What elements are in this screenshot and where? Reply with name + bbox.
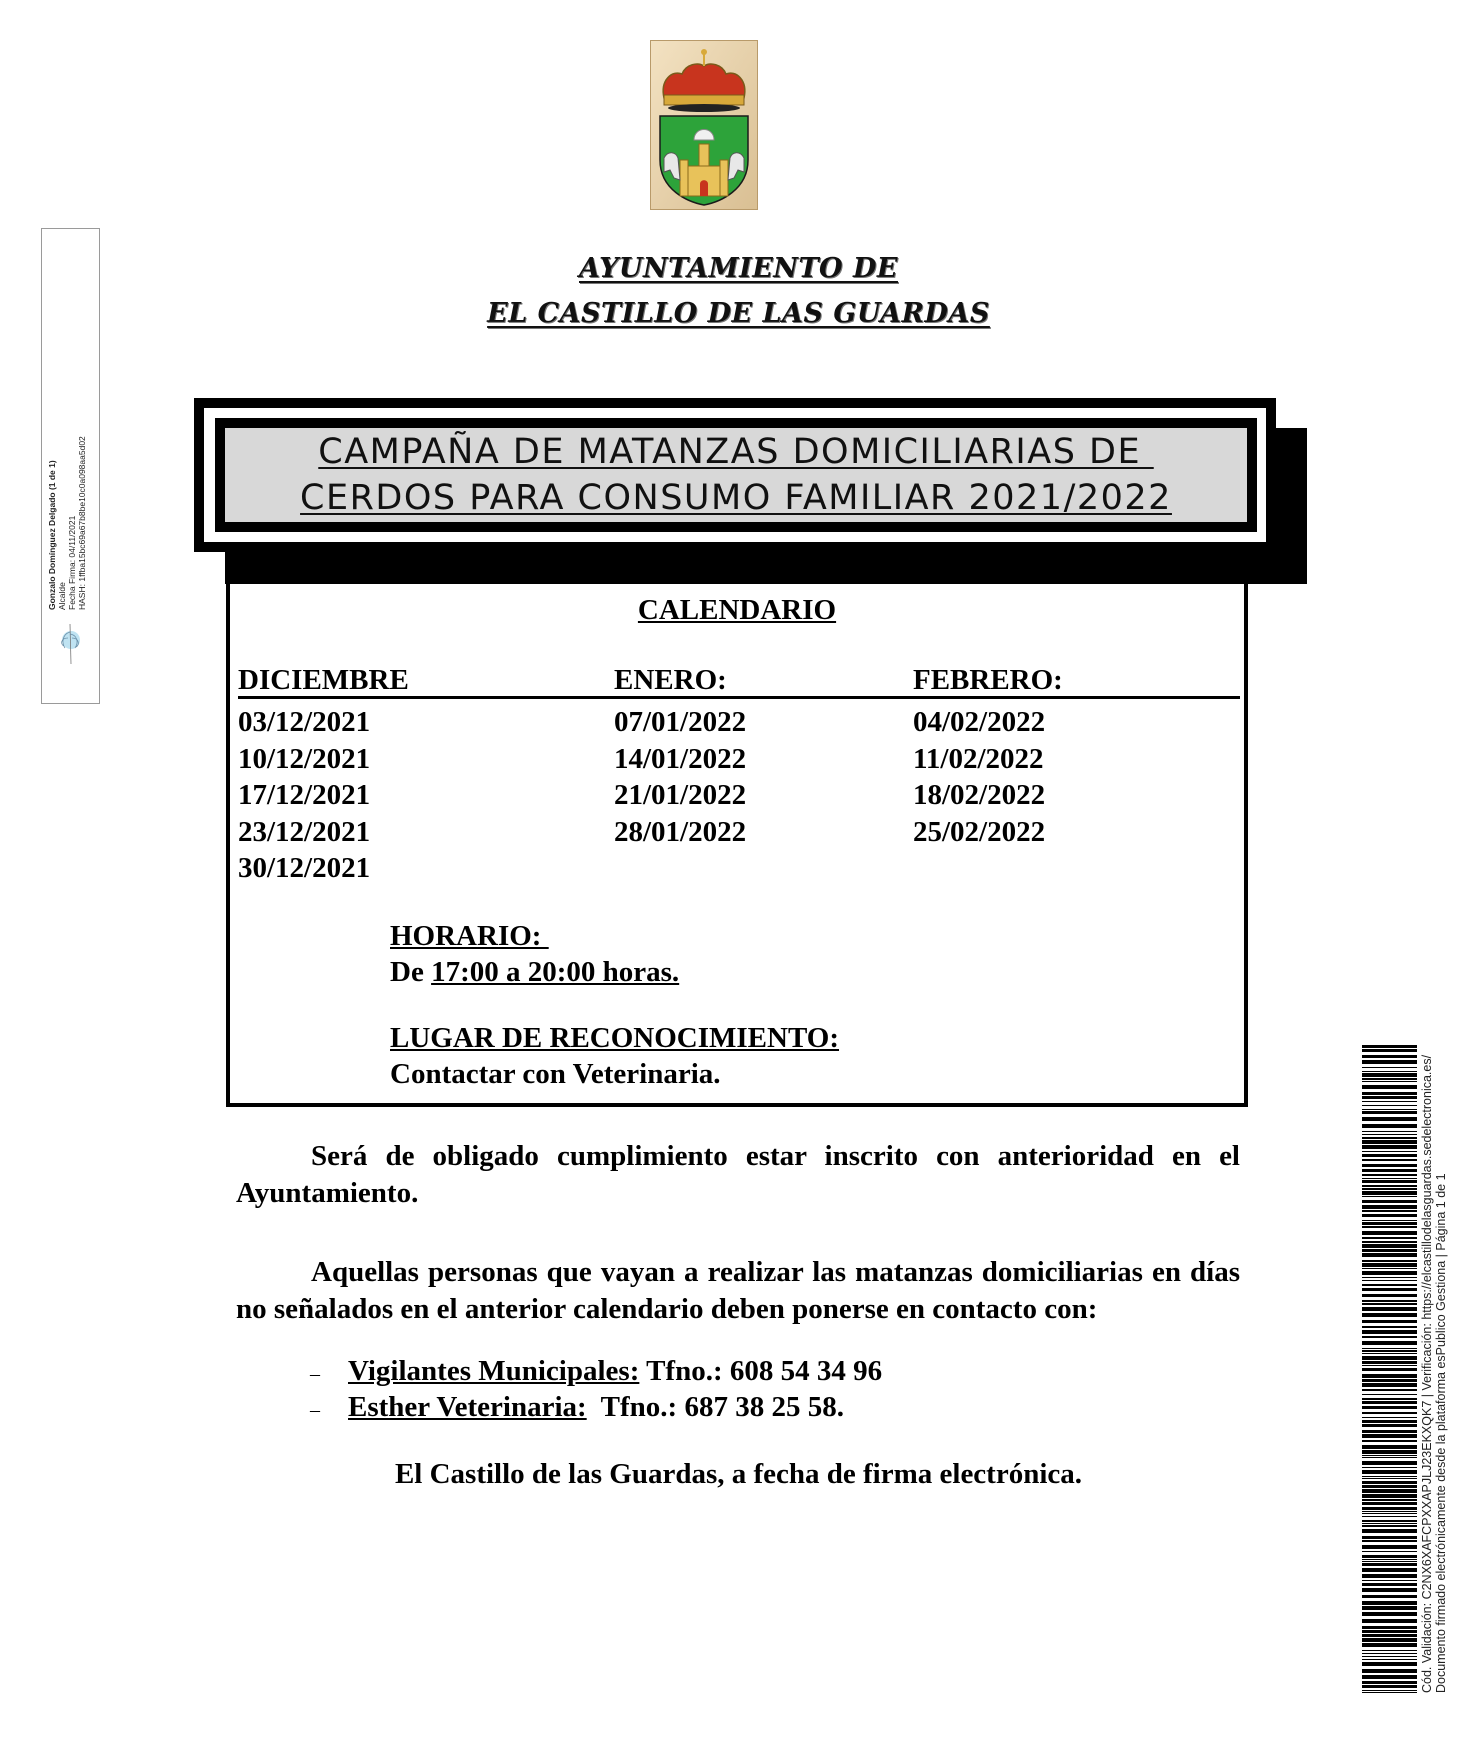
- contact-name: Esther Veterinaria:: [348, 1391, 587, 1423]
- coat-of-arms-icon: [650, 40, 758, 210]
- organization-name-line1: AYUNTAMIENTO DE: [0, 253, 1477, 284]
- date-item: 17/12/2021: [238, 777, 370, 814]
- place-section: LUGAR DE RECONOCIMIENTO: Contactar con V…: [390, 1020, 839, 1092]
- contact-item: –Vigilantes Municipales: Tfno.: 608 54 3…: [310, 1353, 882, 1392]
- banner-title-line1: CAMPAÑA DE MATANZAS DOMICILIARIAS DE: [318, 429, 1153, 475]
- date-item: 07/01/2022: [614, 704, 746, 741]
- contact-phone: Tfno.: 608 54 34 96: [639, 1355, 882, 1387]
- signer-role: Alcalde: [57, 310, 67, 610]
- place-label: LUGAR DE RECONOCIMIENTO:: [390, 1020, 839, 1056]
- calendar-box: CALENDARIO DICIEMBRE ENERO: FEBRERO: 03/…: [226, 584, 1248, 1107]
- date-item: 04/02/2022: [913, 704, 1045, 741]
- schedule-value: De 17:00 a 20:00 horas.: [390, 954, 679, 990]
- january-dates: 07/01/2022 14/01/2022 21/01/2022 28/01/2…: [614, 704, 746, 850]
- date-item: 11/02/2022: [913, 741, 1045, 778]
- signature-seal-icon: [55, 620, 85, 668]
- schedule-section: HORARIO: De 17:00 a 20:00 horas.: [390, 918, 679, 990]
- contact-item: –Esther Veterinaria: Tfno.: 687 38 25 58…: [310, 1389, 844, 1428]
- month-header-january: ENERO:: [614, 664, 727, 696]
- contact-name: Vigilantes Municipales:: [348, 1355, 639, 1387]
- date-item: 10/12/2021: [238, 741, 370, 778]
- platform-note: Documento firmado electrónicamente desde…: [1434, 1055, 1448, 1693]
- date-item: 14/01/2022: [614, 741, 746, 778]
- closing-line: El Castillo de las Guardas, a fecha de f…: [0, 1458, 1477, 1491]
- signature-details: Gonzalo Domínguez Delgado (1 de 1) Alcal…: [47, 310, 87, 610]
- contact-notice: Aquellas personas que vayan a realizar l…: [236, 1254, 1240, 1328]
- validation-code: Cód. Validación: C2NX6XAFCPXXAPJLJ23EKXQ…: [1420, 1055, 1434, 1693]
- december-dates: 03/12/2021 10/12/2021 17/12/2021 23/12/2…: [238, 704, 370, 887]
- date-item: 23/12/2021: [238, 814, 370, 851]
- calendar-header-row: DICIEMBRE ENERO: FEBRERO:: [238, 664, 1240, 699]
- calendar-title: CALENDARIO: [230, 594, 1244, 627]
- organization-name-line2: EL CASTILLO DE LAS GUARDAS: [0, 298, 1477, 329]
- signature-hash: HASH: 1ffba15bc69a67b8be10c0a098aa5d02: [77, 310, 87, 610]
- date-item: 21/01/2022: [614, 777, 746, 814]
- date-item: 18/02/2022: [913, 777, 1045, 814]
- february-dates: 04/02/2022 11/02/2022 18/02/2022 25/02/2…: [913, 704, 1045, 850]
- month-header-february: FEBRERO:: [913, 664, 1063, 696]
- campaign-banner: CAMPAÑA DE MATANZAS DOMICILIARIAS DE CER…: [215, 418, 1257, 532]
- registration-notice: Será de obligado cumplimiento estar insc…: [236, 1138, 1240, 1212]
- banner-title-line2: CERDOS PARA CONSUMO FAMILIAR 2021/2022: [300, 475, 1172, 521]
- date-item: 28/01/2022: [614, 814, 746, 851]
- date-item: 03/12/2021: [238, 704, 370, 741]
- barcode-icon: [1362, 1045, 1417, 1693]
- month-header-december: DICIEMBRE: [238, 664, 409, 696]
- date-item: 30/12/2021: [238, 850, 370, 887]
- verification-text: Cód. Validación: C2NX6XAFCPXXAPJLJ23EKXQ…: [1420, 1055, 1448, 1693]
- contact-phone: Tfno.: 687 38 25 58.: [587, 1391, 844, 1423]
- date-item: 25/02/2022: [913, 814, 1045, 851]
- signer-name: Gonzalo Domínguez Delgado (1 de 1): [47, 310, 57, 610]
- place-value: Contactar con Veterinaria.: [390, 1056, 839, 1092]
- schedule-label: HORARIO:: [390, 918, 679, 954]
- signature-date: Fecha Firma: 04/11/2021: [67, 310, 77, 610]
